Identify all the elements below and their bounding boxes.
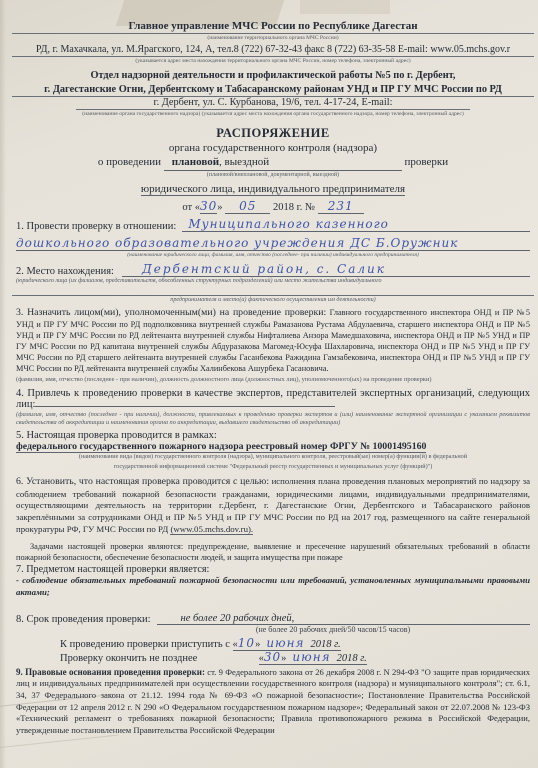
end-year: 2018 г. xyxy=(337,653,367,664)
start-year: 2018 г. xyxy=(310,639,340,650)
end-label: Проверку окончить не позднее xyxy=(60,653,256,664)
check-type-onsite: , выездной xyxy=(219,156,269,168)
check-type-prefix: о проведении xyxy=(98,156,161,168)
org-address-caption: (указывается адрес места нахождения терр… xyxy=(16,58,530,65)
item2-label: 2. Место нахождения: xyxy=(16,266,114,277)
item2-handwritten: Дербентский район, с. Салик xyxy=(122,262,530,277)
item4-caption: (фамилия, имя, отчество (последнее - при… xyxy=(16,411,530,427)
item5-value: федерального государственного пожарного … xyxy=(16,441,426,453)
dept-caption: (наименование органа государственного на… xyxy=(16,111,530,118)
item1-handwritten-2: дошкольного образовательного учреждения … xyxy=(16,236,530,251)
entity-type-line: юридического лица, индивидуального предп… xyxy=(141,183,405,196)
doc-number-handwritten: 231 xyxy=(318,199,364,214)
item4-text: 4. Привлечь к проведению проверки в каче… xyxy=(16,388,530,410)
item7-text: - соблюдение обязательных требований пож… xyxy=(16,575,530,599)
check-type-planned: плановой xyxy=(172,156,219,168)
end-month-handwritten: июня xyxy=(286,650,336,664)
item3-lead: 3. Назначить лицом(ми), уполномоченным(м… xyxy=(16,307,326,318)
item6-lead: 6. Установить, что настоящая проверка пр… xyxy=(16,476,269,487)
check-start-line: К проведению проверки приступить с «10»и… xyxy=(16,636,530,650)
check-type-suffix: проверки xyxy=(405,156,449,168)
end-day-handwritten: 30 xyxy=(264,650,281,664)
start-month-handwritten: июня xyxy=(260,636,310,650)
org-title-caption: (наименование территориального органа МЧ… xyxy=(16,35,530,42)
item2-caption-1: (юридического лица (их филиалов, предста… xyxy=(16,278,530,286)
item5-label: 5. Настоящая проверка проводится в рамка… xyxy=(16,430,530,441)
item1-handwritten-1: Муниципального казенного xyxy=(182,217,530,232)
start-day-handwritten: 10 xyxy=(238,636,255,650)
dept-address: г. Дербент, ул. С. Курбанова, 19/6, тел.… xyxy=(76,97,470,109)
date-prefix: от « xyxy=(182,202,200,213)
item8-label: 8. Срок проведения проверки: xyxy=(16,614,151,625)
item6-tasks: Задачами настоящей проверки являются: пр… xyxy=(16,542,530,564)
item1-caption: (наименование юридического лица, фамилия… xyxy=(16,252,530,259)
date-close-quote: » xyxy=(217,202,222,213)
item5-caption-2: государственной информационной системе "… xyxy=(16,463,530,471)
check-type-caption: (плановой/внеплановой, документарной, вы… xyxy=(16,172,530,180)
item1-label: 1. Провести проверку в отношении: xyxy=(16,221,176,232)
org-title: Главное управление МЧС России по Республ… xyxy=(12,20,534,33)
item6-link: (www.05.mchs.dov.ru). xyxy=(170,524,253,535)
item8-value: не более 20 рабочих дней, xyxy=(157,613,530,625)
item9-label: 9. Правовые основания проведения проверк… xyxy=(16,667,205,677)
dept-line1: Отдел надзорной деятельности и профилакт… xyxy=(16,69,530,82)
org-address: РД, г. Махачкала, ул. М.Ярагского, 124, … xyxy=(12,44,534,56)
item3-caption: (фамилия, имя, отчество (последнее - при… xyxy=(16,376,530,384)
date-month-handwritten: 05 xyxy=(225,199,270,214)
date-day-handwritten: 30 xyxy=(200,199,217,214)
doc-subtitle: органа государственного контроля (надзор… xyxy=(16,141,530,156)
date-number-line: от «30» 05 2018 г. № 231 xyxy=(16,199,530,213)
check-type-line: о проведении плановой, выездной проверки xyxy=(16,155,530,171)
item7-bullet: - xyxy=(16,575,19,585)
doc-title: РАСПОРЯЖЕНИЕ xyxy=(16,126,530,141)
item7-label: 7. Предметом настоящей проверки является… xyxy=(16,564,530,575)
date-year: 2018 г. № xyxy=(273,202,315,213)
item2-caption-2: предпринимателя и место(а) фактического … xyxy=(16,297,530,305)
scanned-document-page: Главное управление МЧС России по Республ… xyxy=(0,0,538,768)
item4-blank-line xyxy=(35,406,335,407)
check-end-line: Проверку окончить не позднее «30»июня201… xyxy=(16,650,530,664)
start-label: К проведению проверки приступить с xyxy=(60,639,230,650)
item7-text-span: соблюдение обязательных требований пожар… xyxy=(16,575,530,597)
item5-caption-1: (наименование вида (видов) государственн… xyxy=(16,453,530,461)
item8-caption: (не более 20 рабочих дней/50 часов/15 ча… xyxy=(16,625,530,634)
dept-line2: г. Дагестанские Огни, Дербентскому и Таб… xyxy=(12,83,534,96)
